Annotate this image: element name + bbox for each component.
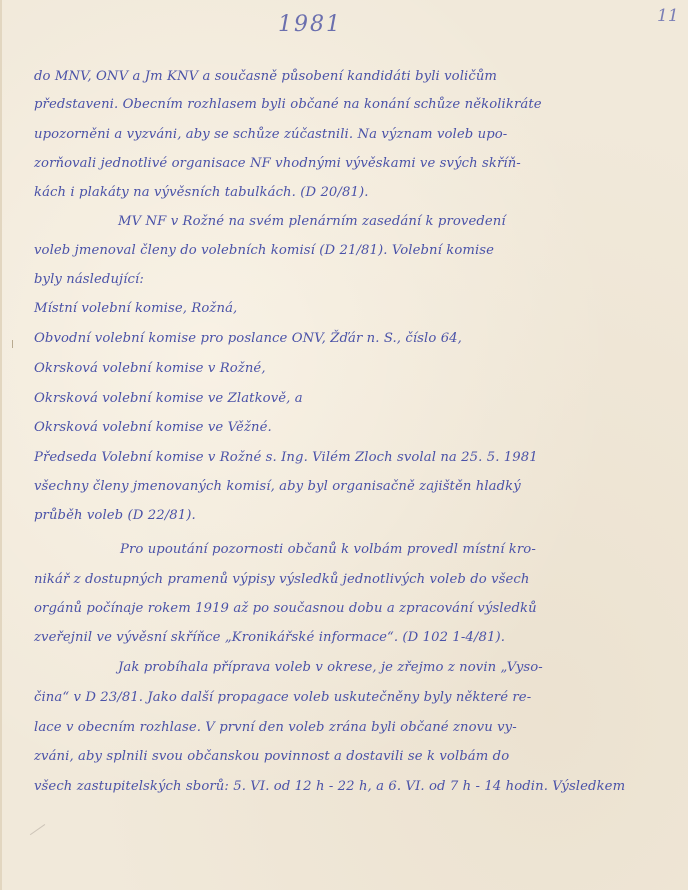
text-line: Místní volební komise, Rožná, bbox=[34, 301, 237, 316]
text-line: lace v obecním rozhlase. V první den vol… bbox=[34, 720, 517, 735]
page-header-year: 1981 bbox=[278, 12, 342, 37]
text-line: Pro upoutání pozornosti občanů k volbám … bbox=[120, 542, 536, 557]
text-line: Okrsková volební komise ve Věžné. bbox=[34, 420, 272, 435]
text-line: orgánů počínaje rokem 1919 až po současn… bbox=[34, 601, 537, 616]
text-line: nikář z dostupných pramenů výpisy výsled… bbox=[34, 572, 529, 587]
page-number: 11 bbox=[657, 6, 679, 26]
text-line: MV NF v Rožné na svém plenárním zasedání… bbox=[118, 214, 506, 229]
text-line: Jak probíhala příprava voleb v okrese, j… bbox=[118, 660, 543, 675]
text-line: Obvodní volební komise pro poslance ONV,… bbox=[34, 331, 462, 346]
text-line: zorňovali jednotlivé organisace NF vhodn… bbox=[34, 156, 521, 171]
text-line: všech zastupitelských sborů: 5. VI. od 1… bbox=[34, 779, 625, 794]
margin-mark bbox=[12, 340, 13, 348]
text-line: byly následující: bbox=[34, 272, 144, 287]
text-line: Předseda Volební komise v Rožné s. Ing. … bbox=[34, 450, 538, 465]
document-page: 1981 11 do MNV, ONV a Jm KNV a současně … bbox=[0, 0, 688, 890]
text-line: upozorněni a vyzváni, aby se schůze zúča… bbox=[34, 127, 507, 142]
text-line: zveřejnil ve vývěsní skříňce „Kronikářsk… bbox=[34, 630, 505, 645]
text-line: průběh voleb (D 22/81). bbox=[34, 508, 196, 523]
text-line: kách i plakáty na vývěsních tabulkách. (… bbox=[34, 185, 368, 200]
pencil-mark bbox=[30, 824, 52, 845]
text-line: Okrsková volební komise v Rožné, bbox=[34, 361, 266, 376]
text-line: zváni, aby splnili svou občanskou povinn… bbox=[34, 749, 509, 764]
text-line: všechny členy jmenovaných komisí, aby by… bbox=[34, 479, 521, 494]
text-line: voleb jmenoval členy do volebních komisí… bbox=[34, 243, 494, 258]
text-line: představeni. Obecním rozhlasem byli obča… bbox=[34, 97, 542, 112]
text-line: čina“ v D 23/81. Jako další propagace vo… bbox=[34, 690, 531, 705]
text-line: do MNV, ONV a Jm KNV a současně působení… bbox=[34, 69, 497, 84]
text-line: Okrsková volební komise ve Zlatkově, a bbox=[34, 391, 303, 406]
